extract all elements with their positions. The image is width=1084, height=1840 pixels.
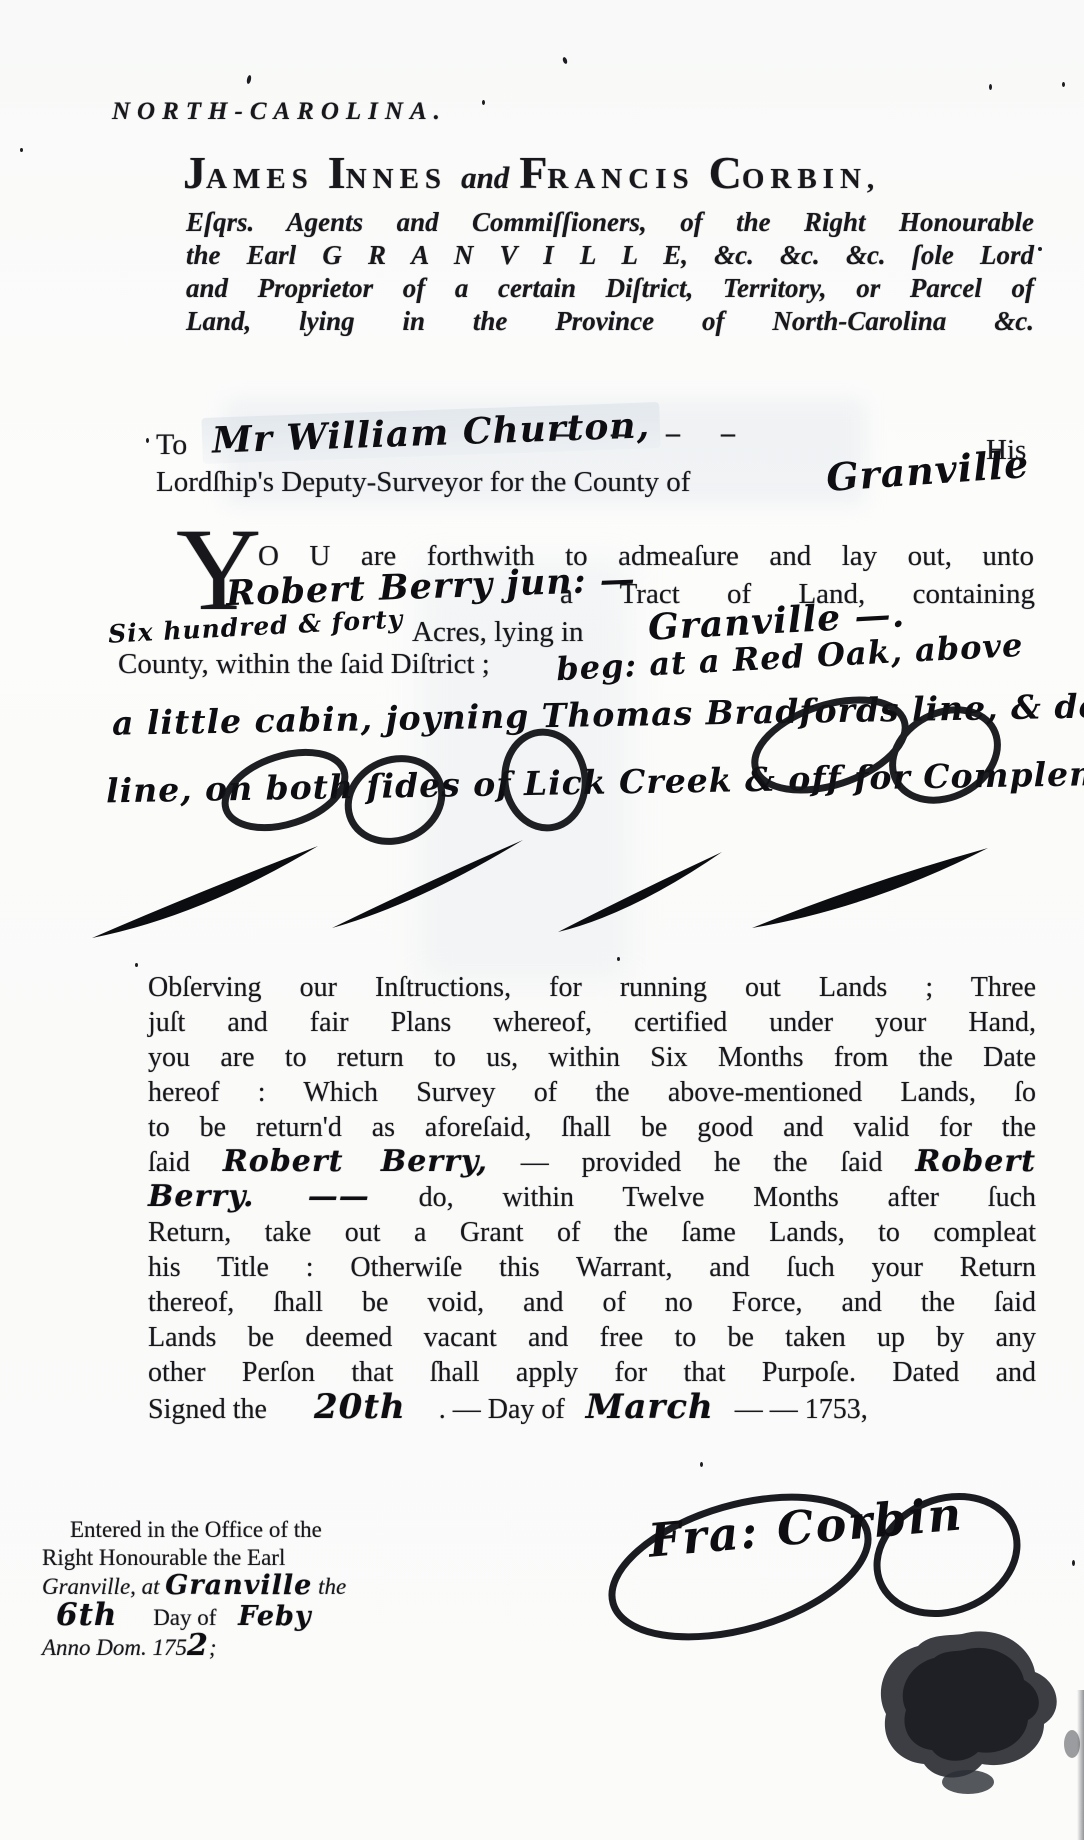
- masthead-initial: I: [328, 150, 346, 196]
- scan-speck: [617, 957, 620, 961]
- warrant-district-line: County, within the ſaid Diſtrict ;: [118, 648, 490, 681]
- entered-print: Anno Dom. 175: [42, 1635, 187, 1660]
- entered-print: Granville, at: [42, 1574, 160, 1599]
- entered-line: Right Honourable the Earl: [42, 1544, 402, 1572]
- cancellation-slash-strokes: [92, 840, 988, 938]
- masthead-and: and: [461, 160, 509, 196]
- address-surveyor-line: Lordſhip's Deputy-Surveyor for the Count…: [156, 466, 690, 499]
- scan-edge-artifact: [1077, 1690, 1084, 1840]
- preamble-line: and Proprietor of a certain Diſtrict, Te…: [186, 272, 1034, 305]
- body-line: Lands be deemed vacant and free to be ta…: [148, 1320, 1036, 1355]
- body-line: hereof : Which Survey of the above-menti…: [148, 1075, 1036, 1110]
- body-line: you are to return to us, within Six Mont…: [148, 1040, 1036, 1075]
- masthead-initial: C: [709, 150, 742, 196]
- masthead-caps: ORBIN,: [742, 163, 880, 196]
- commissioners-masthead: J AMES I NNES and F RANCIS C ORBIN,: [183, 150, 1033, 196]
- masthead-caps: RANCIS: [547, 163, 694, 196]
- body-line-mixed: Berry. —— do, within Twelve Months after…: [148, 1180, 1036, 1215]
- body-print: do, within Twelve Months after ſuch: [419, 1182, 1036, 1213]
- entered-place-handwritten: Granville: [165, 1570, 312, 1601]
- masthead-initial: F: [519, 150, 547, 196]
- grantee-name-handwritten: Robert Berry,: [223, 1144, 488, 1179]
- scan-speck: [146, 438, 149, 443]
- body-print: — — 1753,: [735, 1394, 868, 1425]
- address-to-label: To: [156, 428, 187, 462]
- body-line: other Perſon that ſhall apply for that P…: [148, 1355, 1036, 1390]
- entered-line-mixed: Anno Dom. 1752;: [42, 1632, 402, 1662]
- scan-speck: [1062, 82, 1065, 87]
- scan-speck: [482, 100, 485, 105]
- scan-speck: [20, 148, 23, 152]
- date-line: Signed the 20th . — Day of March — — 175…: [148, 1390, 1036, 1427]
- warrant-terms-paragraph: Obſerving our Inſtructions, for running …: [148, 970, 1036, 1427]
- month-handwritten: March: [586, 1387, 714, 1427]
- preamble-paragraph: Eſqrs. Agents and Commiſſioners, of the …: [186, 206, 1034, 338]
- body-line-mixed: ſaid Robert Berry, — provided he the ſai…: [148, 1145, 1036, 1180]
- warrant-acres-line: Acres, lying in: [412, 616, 584, 649]
- body-print: — provided he the ſaid: [521, 1147, 883, 1178]
- entered-line-mixed: 6th Day of Feby: [56, 1601, 402, 1632]
- scan-speck: [135, 963, 138, 967]
- entered-office-block: Entered in the Office of the Right Honou…: [42, 1516, 402, 1662]
- scan-speck: [246, 75, 252, 85]
- body-print: Signed the: [148, 1394, 267, 1425]
- body-print: ſaid: [148, 1147, 190, 1178]
- ink-blot-stain: [872, 1622, 1082, 1812]
- scanned-land-warrant-document: NORTH-CAROLINA. J AMES I NNES and F RANC…: [0, 0, 1084, 1840]
- scan-speck: [1038, 247, 1042, 251]
- scan-speck: [989, 84, 992, 90]
- entered-month-handwritten: Feby: [238, 1601, 311, 1632]
- entered-year-digit-handwritten: 2: [187, 1628, 209, 1663]
- entered-print: Day of: [153, 1605, 216, 1630]
- preamble-line: the Earl G R A N V I L L E, &c. &c. &c. …: [186, 239, 1034, 272]
- masthead-caps: AMES: [206, 163, 314, 196]
- body-line: Obſerving our Inſtructions, for running …: [148, 970, 1036, 1005]
- body-line: Return, take out a Grant of the ſame Lan…: [148, 1215, 1036, 1250]
- preamble-line: Eſqrs. Agents and Commiſſioners, of the …: [186, 206, 1034, 239]
- entered-print: the: [318, 1574, 346, 1599]
- colony-header: NORTH-CAROLINA.: [112, 98, 447, 126]
- day-handwritten: 20th: [314, 1387, 406, 1427]
- masthead-caps: NNES: [346, 163, 447, 196]
- address-fill-dashes: – – – –: [556, 418, 735, 450]
- scan-speck: [1072, 1560, 1075, 1566]
- body-line: thereof, ſhall be void, and of no Force,…: [148, 1285, 1036, 1320]
- county-name-handwritten: Granville: [825, 441, 1031, 500]
- body-line: juſt and fair Plans whereof, certified u…: [148, 1005, 1036, 1040]
- grantee-name-handwritten: Robert: [915, 1144, 1036, 1179]
- scan-speck: [700, 1462, 703, 1467]
- ink-flourish-loops: [216, 690, 1014, 856]
- pen-flourish-and-slash-marks: [70, 690, 1030, 950]
- grantee-name-handwritten: Berry. ——: [148, 1179, 370, 1214]
- entered-print: ;: [209, 1635, 217, 1660]
- scan-speck: [562, 57, 568, 65]
- acreage-handwritten: Six hundred & forty: [107, 604, 404, 648]
- body-print: . — Day of: [439, 1394, 565, 1425]
- entered-line: Entered in the Office of the: [70, 1516, 402, 1544]
- masthead-initial: J: [183, 150, 206, 196]
- preamble-line: Land, lying in the Province of North-Car…: [186, 305, 1034, 338]
- body-line: his Title : Otherwiſe this Warrant, and …: [148, 1250, 1036, 1285]
- entered-day-handwritten: 6th: [56, 1597, 117, 1633]
- body-line: to be return'd as aforeſaid, ſhall be go…: [148, 1110, 1036, 1145]
